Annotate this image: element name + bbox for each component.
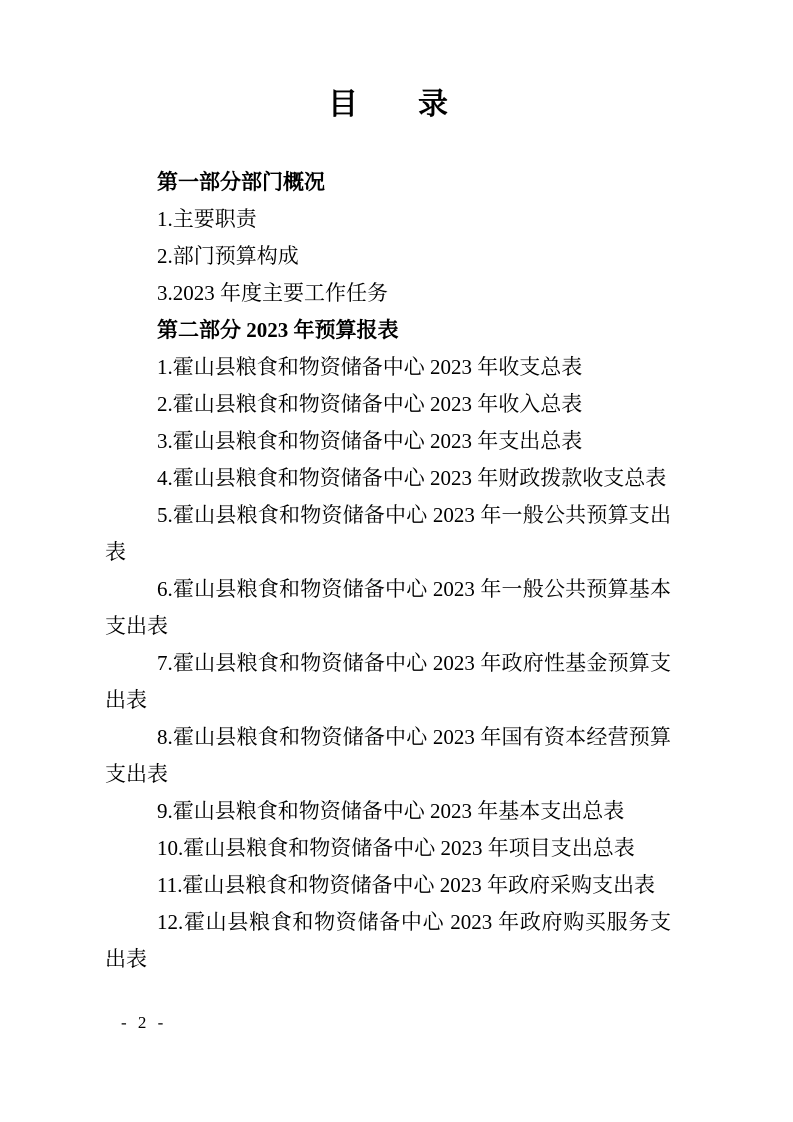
toc-entry: 1.主要职责 xyxy=(105,201,671,238)
toc-entry: 10.霍山县粮食和物资储备中心 2023 年项目支出总表 xyxy=(105,830,671,867)
document-title: 目 录 xyxy=(105,84,671,126)
toc-entry: 2.部门预算构成 xyxy=(105,238,671,275)
toc-entry: 3.霍山县粮食和物资储备中心 2023 年支出总表 xyxy=(105,423,671,460)
page-number: - 2 - xyxy=(121,1012,163,1034)
toc-entry: 8.霍山县粮食和物资储备中心 2023 年国有资本经营预算支出表 xyxy=(105,719,671,793)
toc-entry: 12.霍山县粮食和物资储备中心 2023 年政府购买服务支出表 xyxy=(105,904,671,978)
toc-entry: 1.霍山县粮食和物资储备中心 2023 年收支总表 xyxy=(105,349,671,386)
toc-content: 目 录 第一部分部门概况 1.主要职责 2.部门预算构成 3.2023 年度主要… xyxy=(105,0,671,978)
toc-entry: 9.霍山县粮食和物资储备中心 2023 年基本支出总表 xyxy=(105,793,671,830)
section-heading-part2: 第二部分 2023 年预算报表 xyxy=(105,312,671,349)
toc-entry: 11.霍山县粮食和物资储备中心 2023 年政府采购支出表 xyxy=(105,867,671,904)
toc-entry: 5.霍山县粮食和物资储备中心 2023 年一般公共预算支出表 xyxy=(105,497,671,571)
document-page: 目 录 第一部分部门概况 1.主要职责 2.部门预算构成 3.2023 年度主要… xyxy=(0,0,793,1122)
toc-entry: 2.霍山县粮食和物资储备中心 2023 年收入总表 xyxy=(105,386,671,423)
toc-entry: 3.2023 年度主要工作任务 xyxy=(105,275,671,312)
toc-entry: 4.霍山县粮食和物资储备中心 2023 年财政拨款收支总表 xyxy=(105,460,671,497)
toc-entry: 6.霍山县粮食和物资储备中心 2023 年一般公共预算基本支出表 xyxy=(105,571,671,645)
toc-entry: 7.霍山县粮食和物资储备中心 2023 年政府性基金预算支出表 xyxy=(105,645,671,719)
section-heading-part1: 第一部分部门概况 xyxy=(105,164,671,201)
